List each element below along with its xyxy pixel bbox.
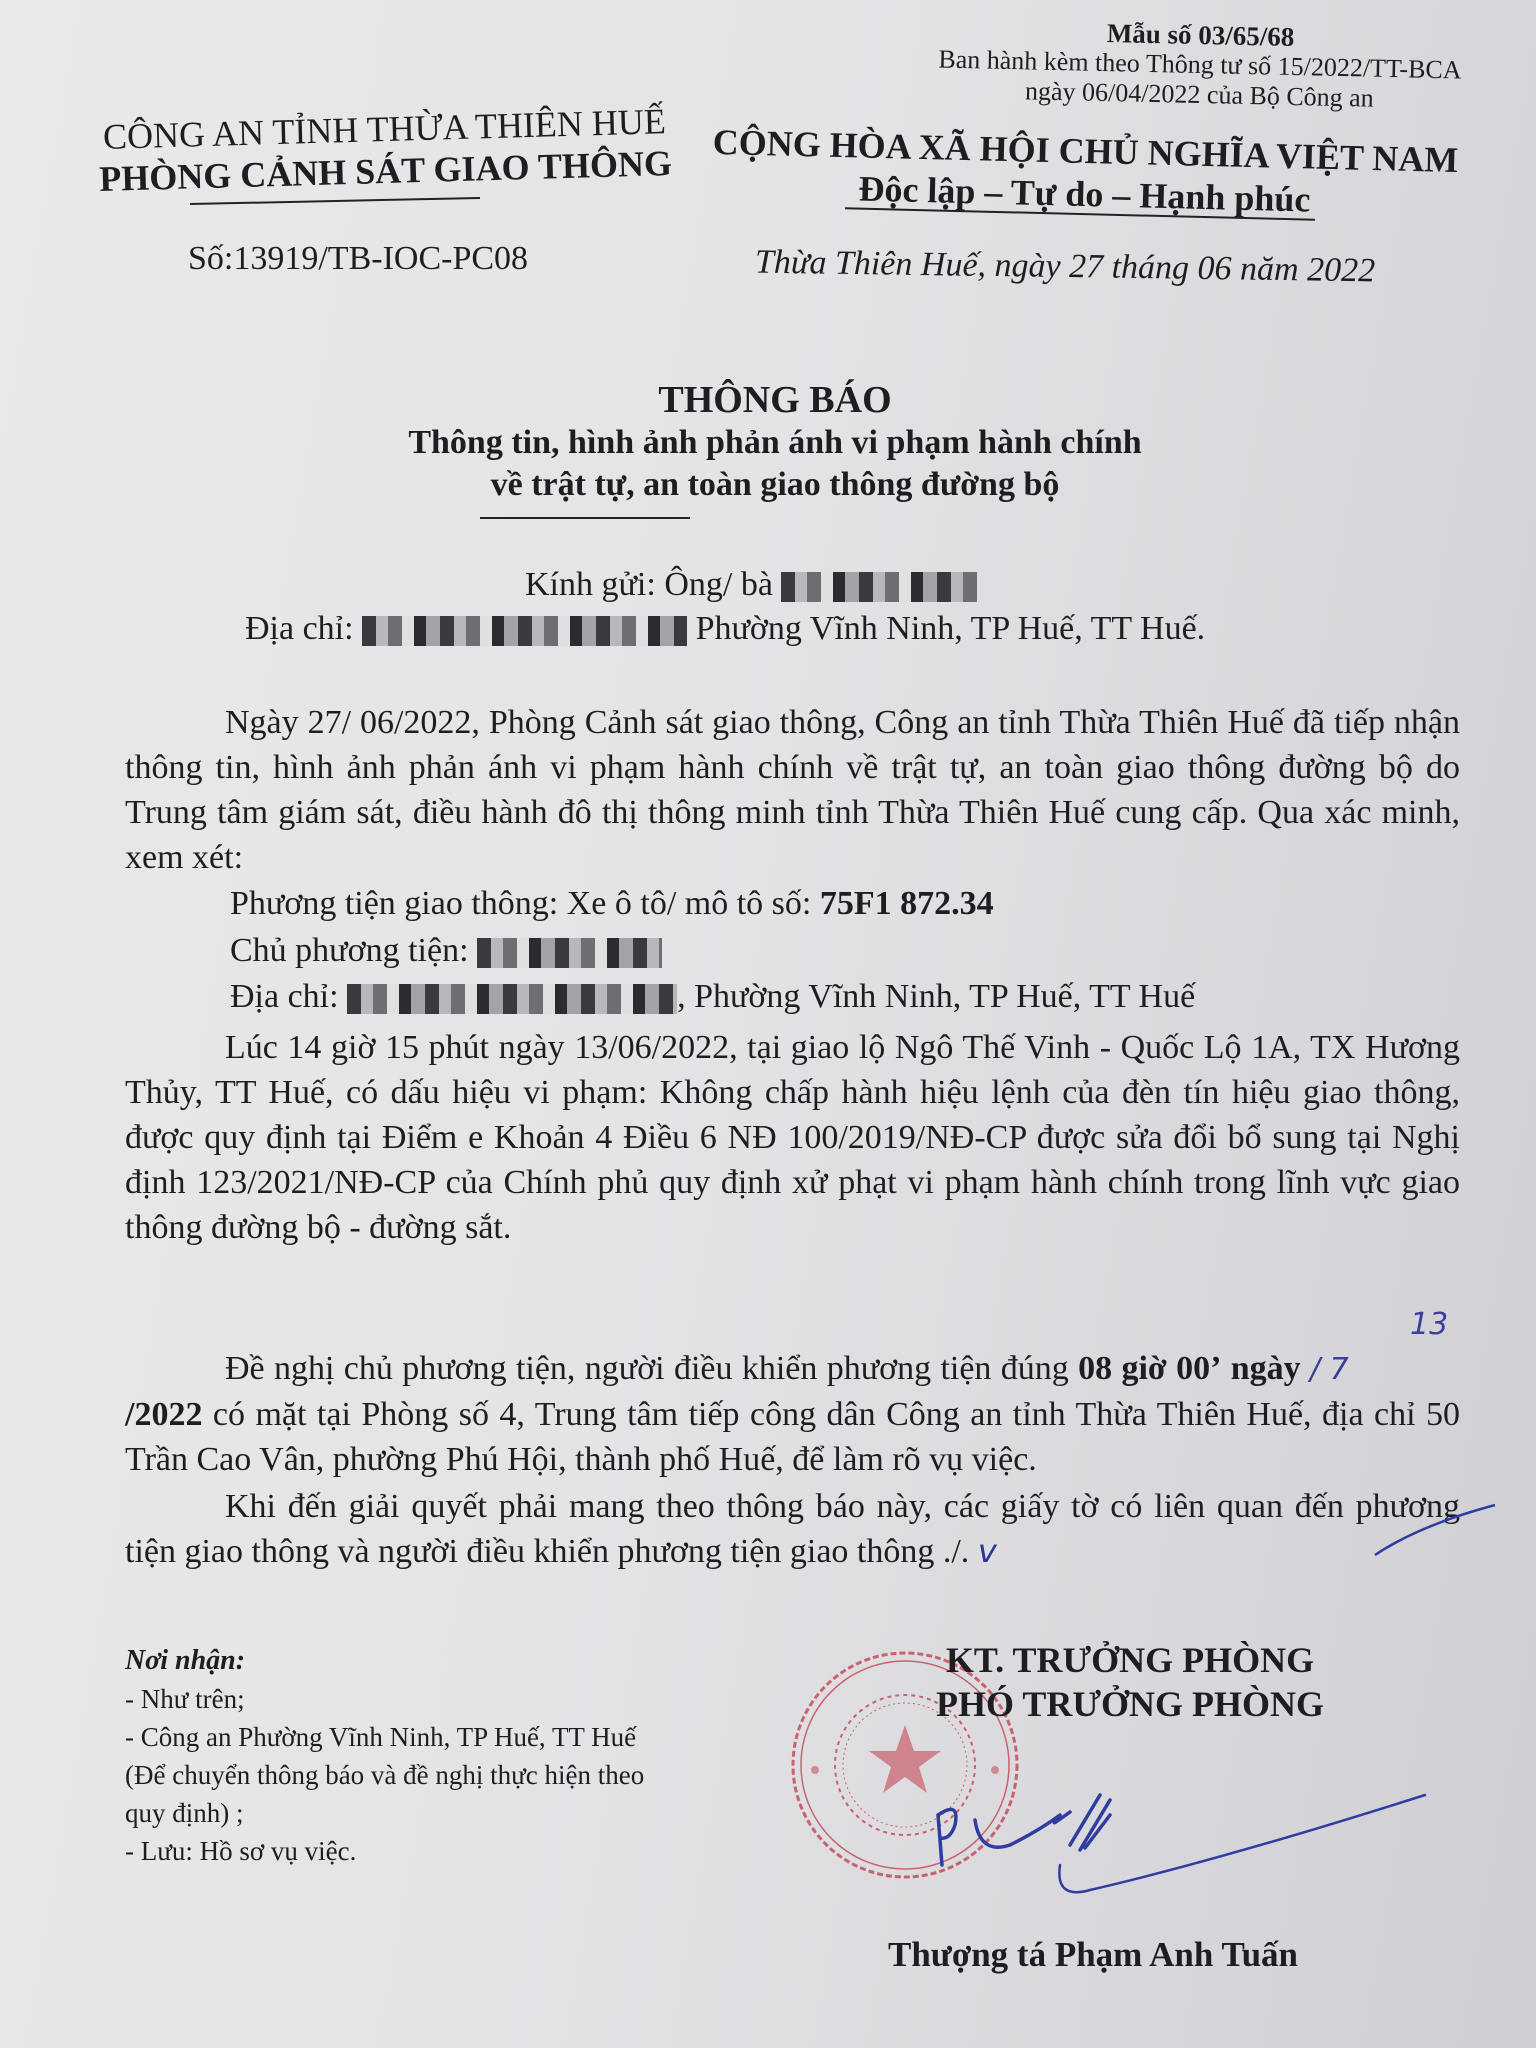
signature-title-2: PHÓ TRƯỞNG PHÒNG [870, 1682, 1390, 1726]
intro-paragraph: Ngày 27/ 06/2022, Phòng Cảnh sát giao th… [125, 700, 1460, 880]
recipient-item: quy định) ; [125, 1794, 644, 1832]
recipient-item: - Như trên; [125, 1680, 644, 1718]
addressee: Kính gửi: Ông/ bà [525, 566, 981, 604]
addressee-address: Địa chỉ: Phường Vĩnh Ninh, TP Huế, TT Hu… [245, 610, 1205, 648]
closing-text: Khi đến giải quyết phải mang theo thông … [125, 1488, 1460, 1570]
address-visible: Phường Vĩnh Ninh, TP Huế, TT Huế. [696, 610, 1206, 647]
owner-address-visible: , Phường Vĩnh Ninh, TP Huế, TT Huế [677, 978, 1195, 1015]
form-reference: Mẫu số 03/65/68 Ban hành kèm theo Thông … [889, 14, 1511, 117]
violation-paragraph: Lúc 14 giờ 15 phút ngày 13/06/2022, tại … [125, 1025, 1460, 1250]
redacted-owner [477, 938, 662, 968]
recipient-item: - Lưu: Hồ sơ vụ việc. [125, 1832, 644, 1870]
owner-line: Chủ phương tiện: [230, 932, 662, 970]
handwritten-signature-icon [920, 1790, 1440, 1910]
summons-text-1: Đề nghị chủ phương tiện, người điều khiể… [225, 1350, 1069, 1387]
initial-stroke-icon [1370, 1500, 1500, 1560]
title-subtitle-2: về trật tự, an toàn giao thông đường bộ [300, 464, 1250, 506]
agency-divider [190, 197, 480, 205]
title-divider [480, 517, 690, 519]
initial-mark-icon: v [978, 1532, 997, 1570]
summons-text-2: có mặt tại Phòng số 4, Trung tâm tiếp cô… [125, 1396, 1460, 1478]
summons-year: /2022 [125, 1396, 202, 1433]
recipients-list: Nơi nhận: - Như trên; - Công an Phường V… [125, 1642, 644, 1870]
signer-name: Thượng tá Phạm Anh Tuấn [888, 1935, 1298, 1975]
summons-time: 08 giờ 00’ [1078, 1350, 1221, 1387]
redacted-owner-address [347, 984, 677, 1014]
summons-paragraph: Đề nghị chủ phương tiện, người điều khiể… [125, 1302, 1460, 1482]
vehicle-line: Phương tiện giao thông: Xe ô tô/ mô tô s… [230, 885, 994, 923]
notice-document: Mẫu số 03/65/68 Ban hành kèm theo Thông … [0, 0, 1536, 2048]
summons-day-label: ngày [1231, 1350, 1301, 1387]
owner-address-label: Địa chỉ: [230, 978, 339, 1015]
title-main: THÔNG BÁO [300, 378, 1250, 422]
owner-address-line: Địa chỉ: , Phường Vĩnh Ninh, TP Huế, TT … [230, 978, 1195, 1016]
recipients-heading: Nơi nhận: [125, 1642, 644, 1680]
agency-header: CÔNG AN TỈNH THỪA THIÊN HUẾ PHÒNG CẢNH S… [89, 100, 681, 200]
title-subtitle-1: Thông tin, hình ảnh phản ánh vi phạm hàn… [300, 422, 1250, 464]
signature-title: KT. TRƯỞNG PHÒNG PHÓ TRƯỞNG PHÒNG [870, 1638, 1390, 1726]
salutation: Kính gửi: Ông/ bà [525, 566, 773, 603]
owner-label: Chủ phương tiện: [230, 932, 469, 969]
redacted-name [781, 572, 981, 602]
recipient-item: - Công an Phường Vĩnh Ninh, TP Huế, TT H… [125, 1718, 644, 1756]
signature-title-1: KT. TRƯỞNG PHÒNG [870, 1638, 1390, 1682]
document-title: THÔNG BÁO Thông tin, hình ảnh phản ánh v… [300, 378, 1250, 506]
handwritten-date: 13 / 7 [1310, 1302, 1460, 1392]
address-label: Địa chỉ: [245, 610, 354, 647]
national-header: CỘNG HÒA XÃ HỘI CHỦ NGHĨA VIỆT NAM Độc l… [704, 121, 1466, 226]
redacted-address [362, 616, 687, 646]
vehicle-label: Phương tiện giao thông: Xe ô tô/ mô tô s… [230, 885, 811, 922]
document-number: Số:13919/TB-IOC-PC08 [188, 240, 528, 278]
recipient-item: (Để chuyển thông báo và đề nghị thực hiệ… [125, 1756, 644, 1794]
place-date: Thừa Thiên Huế, ngày 27 tháng 06 năm 202… [755, 244, 1376, 291]
closing-paragraph: Khi đến giải quyết phải mang theo thông … [125, 1484, 1460, 1574]
vehicle-plate: 75F1 872.34 [820, 885, 994, 922]
